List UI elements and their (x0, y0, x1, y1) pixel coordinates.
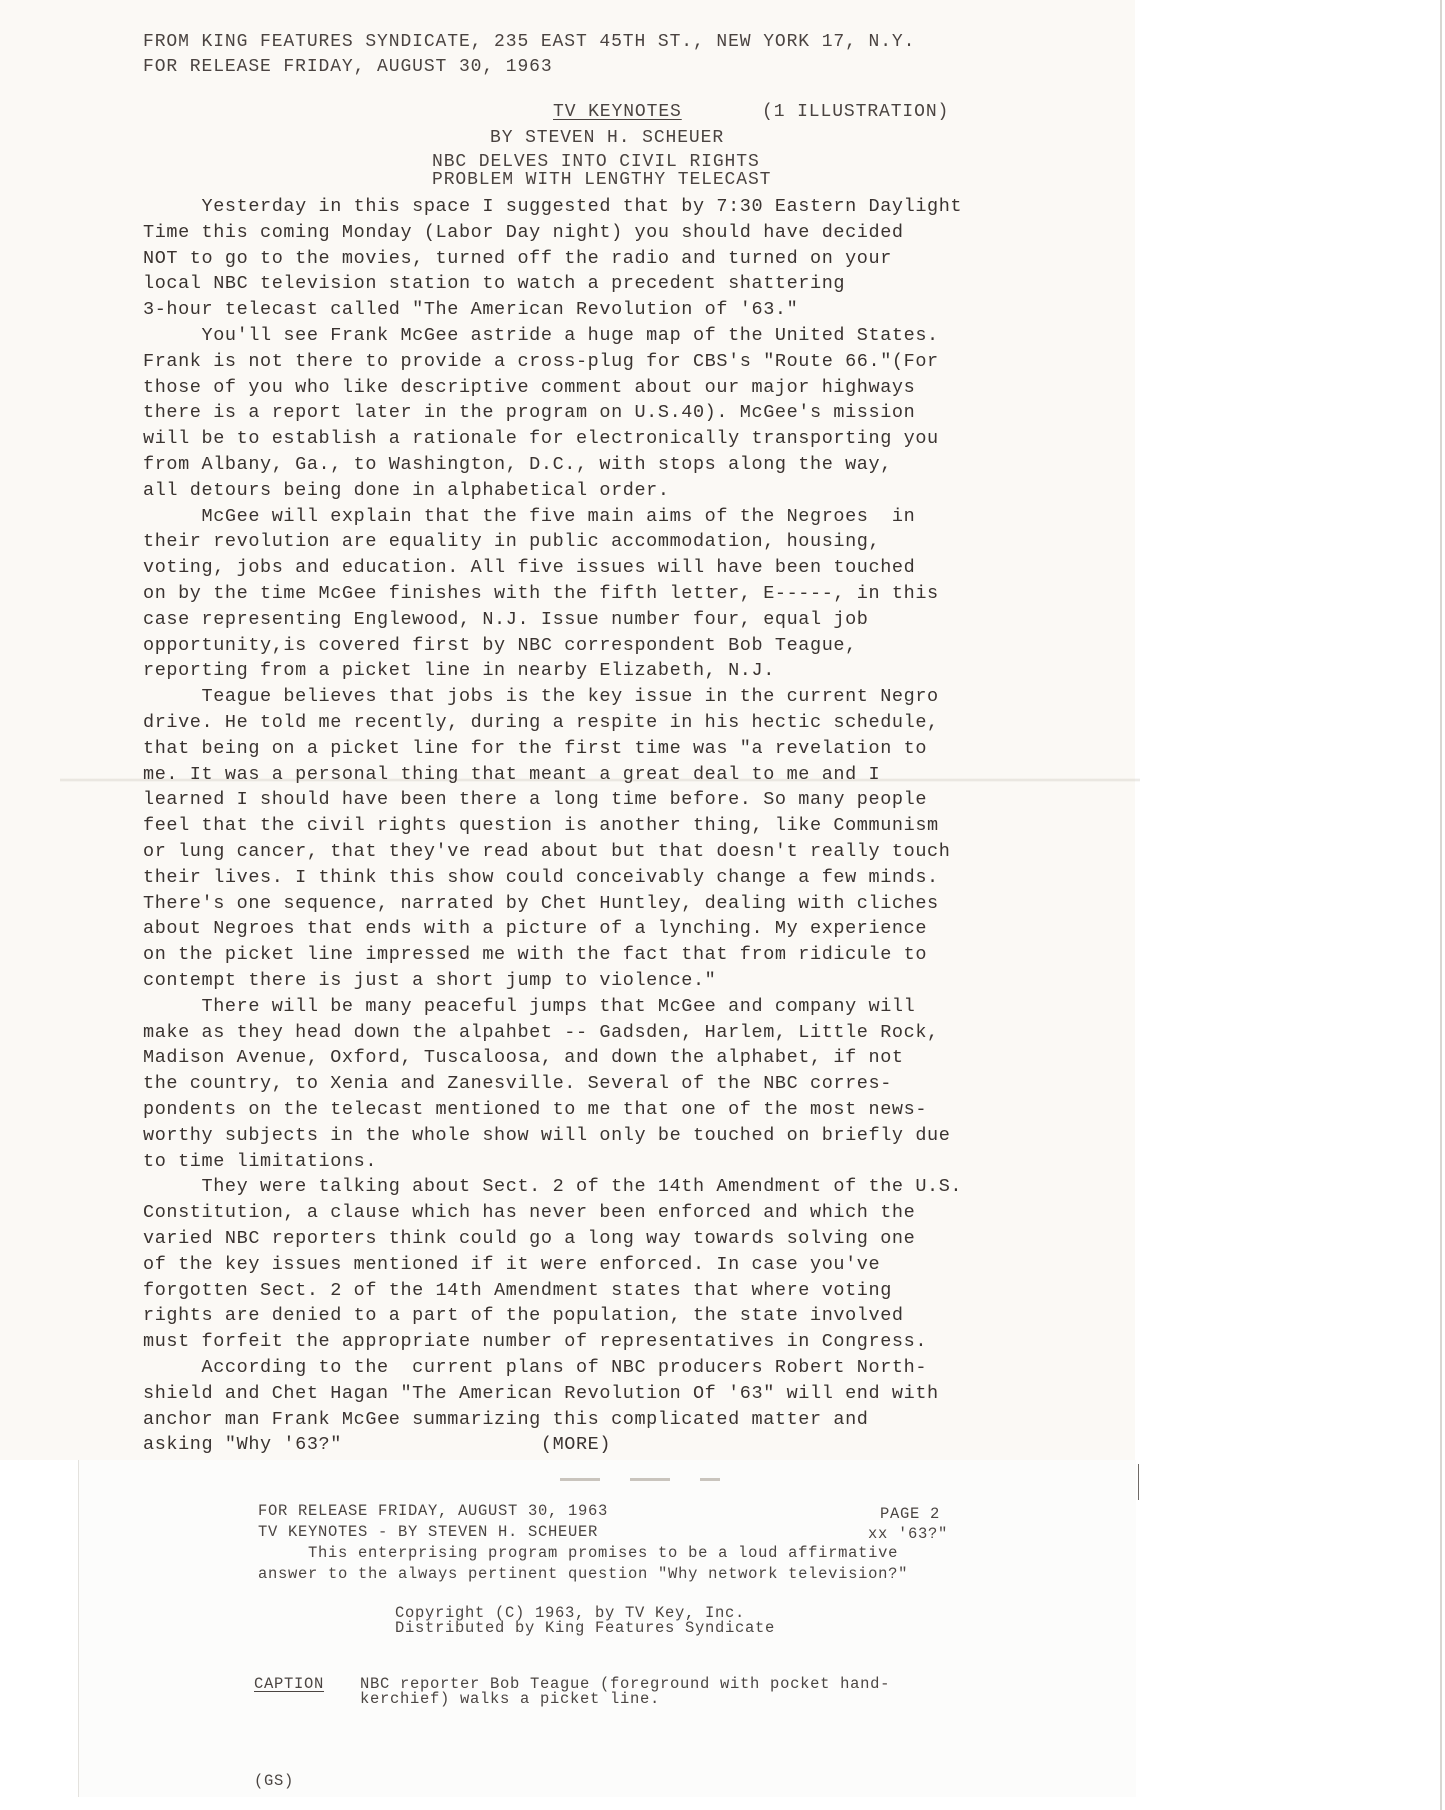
body-line: feel that the civil rights question is a… (143, 815, 939, 837)
headline-line-2: PROBLEM WITH LENGTHY TELECAST (432, 171, 771, 189)
body-line: the country, to Xenia and Zanesville. Se… (143, 1073, 892, 1095)
body-line: all detours being done in alphabetical o… (143, 480, 670, 502)
body-line: voting, jobs and education. All five iss… (143, 557, 915, 579)
body-line: Madison Avenue, Oxford, Tuscaloosa, and … (143, 1047, 904, 1069)
body-line: They were talking about Sect. 2 of the 1… (143, 1176, 962, 1198)
body-line: Constitution, a clause which has never b… (143, 1202, 915, 1224)
body-line: make as they head down the alpahbet -- G… (143, 1022, 939, 1044)
body-line: me. It was a personal thing that meant a… (143, 764, 880, 786)
body-line: You'll see Frank McGee astride a huge ma… (143, 325, 939, 347)
byline: BY STEVEN H. SCHEUER (490, 127, 724, 149)
body-line: There will be many peaceful jumps that M… (143, 996, 915, 1018)
body-line: drive. He told me recently, during a res… (143, 712, 939, 734)
body-line: NOT to go to the movies, turned off the … (143, 248, 892, 270)
body-line: on the picket line impressed me with the… (143, 944, 927, 966)
release-date: FOR RELEASE FRIDAY, AUGUST 30, 1963 (143, 56, 553, 78)
body-line: from Albany, Ga., to Washington, D.C., w… (143, 454, 892, 476)
body-line: asking "Why '63?" (MORE) (143, 1434, 611, 1456)
caption-text-line-2: kerchief) walks a picket line. (360, 1692, 660, 1707)
body-line: Time this coming Monday (Labor Day night… (143, 222, 904, 244)
body-line: worthy subjects in the whole show will o… (143, 1125, 950, 1147)
body-line: will be to establish a rationale for ele… (143, 428, 939, 450)
body-line: or lung cancer, that they've read about … (143, 841, 950, 863)
body-line: shield and Chet Hagan "The American Revo… (143, 1383, 939, 1405)
page2-slug-tag: xx '63?" (868, 1526, 948, 1543)
body-line: Teague believes that jobs is the key iss… (143, 686, 939, 708)
body-line: there is a report later in the program o… (143, 402, 915, 424)
illustration-note: (1 ILLUSTRATION) (762, 101, 949, 123)
body-line: Yesterday in this space I suggested that… (143, 196, 962, 218)
body-line: must forfeit the appropriate number of r… (143, 1331, 927, 1353)
body-line: to time limitations. (143, 1151, 377, 1173)
body-line: on by the time McGee finishes with the f… (143, 583, 939, 605)
distribution-notice: Distributed by King Features Syndicate (395, 1621, 775, 1636)
body-line: Frank is not there to provide a cross-pl… (143, 351, 939, 373)
body-line: rights are denied to a part of the popul… (143, 1305, 904, 1327)
sheet-edge (1138, 1464, 1139, 1500)
smudge-marks (560, 1478, 720, 1481)
page2-body-line: answer to the always pertinent question … (258, 1566, 908, 1583)
page2-release-date: FOR RELEASE FRIDAY, AUGUST 30, 1963 (258, 1503, 608, 1520)
body-line: reporting from a picket line in nearby E… (143, 660, 775, 682)
typist-initials: (GS) (254, 1773, 294, 1790)
body-line: 3-hour telecast called "The American Rev… (143, 299, 798, 321)
scan-margin (1135, 0, 1440, 1810)
body-line: about Negroes that ends with a picture o… (143, 918, 927, 940)
body-line: opportunity,is covered first by NBC corr… (143, 635, 857, 657)
headline-line-1: NBC DELVES INTO CIVIL RIGHTS (432, 153, 760, 171)
body-line: anchor man Frank McGee summarizing this … (143, 1409, 869, 1431)
body-line: learned I should have been there a long … (143, 789, 927, 811)
body-line: There's one sequence, narrated by Chet H… (143, 893, 939, 915)
syndicate-address: FROM KING FEATURES SYNDICATE, 235 EAST 4… (143, 31, 915, 53)
column-title: TV KEYNOTES (553, 101, 682, 123)
body-line: pondents on the telecast mentioned to me… (143, 1099, 927, 1121)
body-line: local NBC television station to watch a … (143, 273, 845, 295)
body-line: case representing Englewood, N.J. Issue … (143, 609, 869, 631)
page2-slug: TV KEYNOTES - BY STEVEN H. SCHEUER (258, 1524, 598, 1541)
body-line: contempt there is just a short jump to v… (143, 970, 716, 992)
body-line: that being on a picket line for the firs… (143, 738, 927, 760)
body-line: McGee will explain that the five main ai… (143, 506, 915, 528)
page2-body-line: This enterprising program promises to be… (258, 1545, 898, 1562)
scan-edge (1440, 0, 1442, 1810)
body-line: varied NBC reporters think could go a lo… (143, 1228, 915, 1250)
body-line: According to the current plans of NBC pr… (143, 1357, 927, 1379)
caption-label: CAPTION (254, 1676, 324, 1693)
page-number: PAGE 2 (880, 1506, 940, 1523)
body-line: those of you who like descriptive commen… (143, 377, 915, 399)
body-line: their lives. I think this show could con… (143, 867, 939, 889)
body-line: forgotten Sect. 2 of the 14th Amendment … (143, 1280, 892, 1302)
body-line: their revolution are equality in public … (143, 531, 880, 553)
body-line: of the key issues mentioned if it were e… (143, 1254, 880, 1276)
